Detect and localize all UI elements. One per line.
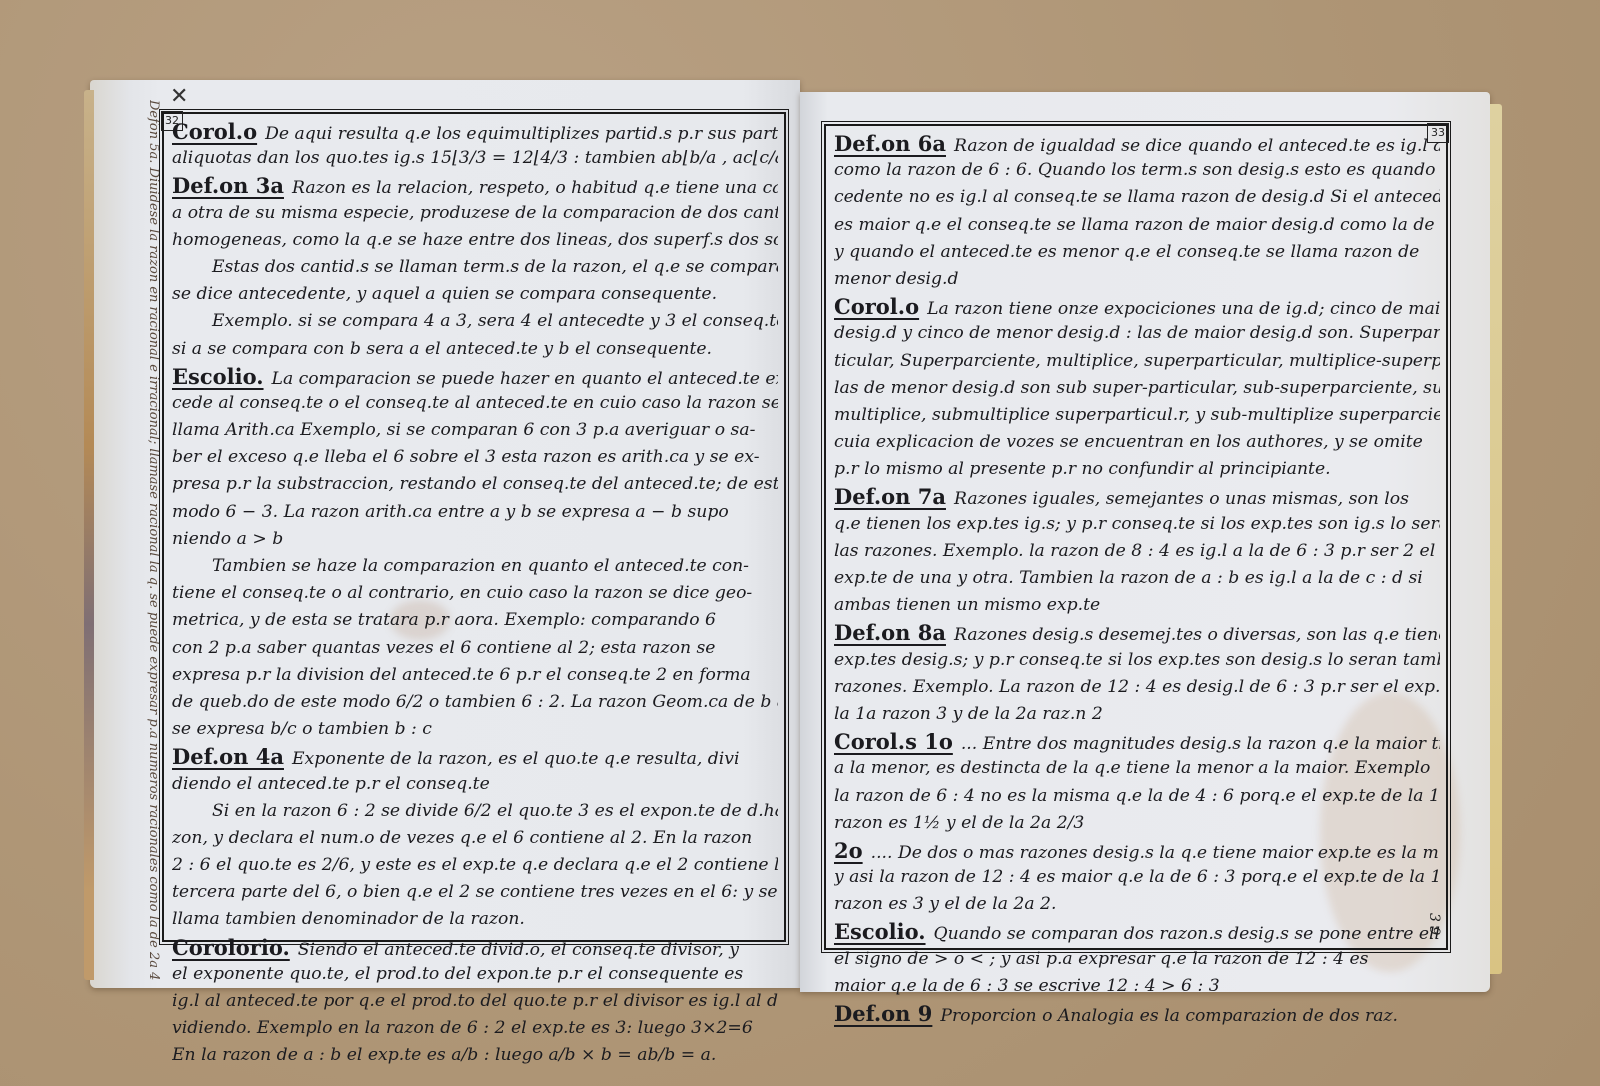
section-heading: Def.on 4a <box>172 744 284 769</box>
line-text: diendo el anteced.te p.r el conseq.te <box>172 774 490 794</box>
text-line: metrica, y de esta se tratara p.r aora. … <box>172 607 778 634</box>
line-text: Razones desig.s desemej.tes o diversas, … <box>954 625 1440 645</box>
text-line: Def.on 6aRazon de igualdad se dice quand… <box>834 130 1440 157</box>
line-text: Proporcion o Analogia es la comparazion … <box>940 1006 1398 1026</box>
text-line: q.e tienen los exp.tes ig.s; y p.r conse… <box>834 511 1440 538</box>
line-text: presa p.r la substraccion, restando el c… <box>172 474 778 494</box>
line-text: zon, y declara el num.o de vezes q.e el … <box>172 828 752 848</box>
text-line: llama Arith.ca Exemplo, si se comparan 6… <box>172 417 778 444</box>
text-line: como la razon de 6 : 6. Quando los term.… <box>834 157 1440 184</box>
line-text: Razon de igualdad se dice quando el ante… <box>954 136 1440 156</box>
text-line: expresa p.r la division del anteced.te 6… <box>172 662 778 689</box>
line-text: ticular, Superparciente, multiplice, sup… <box>834 351 1440 371</box>
line-text: Estas dos cantid.s se llaman term.s de l… <box>212 257 778 277</box>
text-line: modo 6 − 3. La razon arith.ca entre a y … <box>172 499 778 526</box>
line-text: las razones. Exemplo. la razon de 8 : 4 … <box>834 541 1435 561</box>
text-line: de queb.do de este modo 6/2 o tambien 6 … <box>172 689 778 716</box>
text-line: Corol.oLa razon tiene onze expociciones … <box>834 293 1440 320</box>
text-line: ig.l al anteced.te por q.e el prod.to de… <box>172 988 778 1015</box>
line-text: vidiendo. Exemplo en la razon de 6 : 2 e… <box>172 1018 753 1038</box>
line-text: La razon tiene onze expociciones una de … <box>927 299 1440 319</box>
left-page: ✕ Defon 5a. Diuidese la razon en raciona… <box>90 80 800 988</box>
text-line: desig.d y cinco de menor desig.d : las d… <box>834 320 1440 347</box>
line-text: razon es 1½ y el de la 2a 2/3 <box>834 813 1084 833</box>
section-heading: 2o <box>834 838 863 863</box>
line-text: Tambien se haze la comparazion en quanto… <box>212 556 749 576</box>
text-line: Def.on 8aRazones desig.s desemej.tes o d… <box>834 619 1440 646</box>
section-heading: Corolorio. <box>172 935 290 960</box>
text-line: exp.te de una y otra. Tambien la razon d… <box>834 565 1440 592</box>
section-heading: Def.on 6a <box>834 131 946 156</box>
text-line: es maior q.e el conseq.te se llama razon… <box>834 212 1440 239</box>
right-page-frame: 33 Def.on 6aRazon de igualdad se dice qu… <box>824 124 1448 950</box>
line-text: Razon es la relacion, respeto, o habitud… <box>292 178 778 198</box>
text-line: niendo a > b <box>172 526 778 553</box>
line-text: se dice antecedente, y aquel a quien se … <box>172 284 717 304</box>
line-text: modo 6 − 3. La razon arith.ca entre a y … <box>172 502 729 522</box>
section-heading: Corol.o <box>834 294 919 319</box>
line-text: ber el exceso q.e lleba el 6 sobre el 3 … <box>172 447 760 467</box>
line-text: cedente no es ig.l al conseq.te se llama… <box>834 187 1440 207</box>
line-text: metrica, y de esta se tratara p.r aora. … <box>172 610 716 630</box>
right-page-text: Def.on 6aRazon de igualdad se dice quand… <box>834 130 1440 1027</box>
line-text: q.e tienen los exp.tes ig.s; y p.r conse… <box>834 514 1440 534</box>
line-text: de queb.do de este modo 6/2 o tambien 6 … <box>172 692 778 712</box>
line-text: llama tambien denominador de la razon. <box>172 909 525 929</box>
catchword: 3 9. <box>1426 913 1442 940</box>
line-text: En la razon de a : b el exp.te es a/b : … <box>172 1045 716 1065</box>
text-line: zon, y declara el num.o de vezes q.e el … <box>172 825 778 852</box>
line-text: expresa p.r la division del anteced.te 6… <box>172 665 751 685</box>
book-edge <box>84 90 94 980</box>
text-line: p.r lo mismo al presente p.r no confundi… <box>834 456 1440 483</box>
text-line: vidiendo. Exemplo en la razon de 6 : 2 e… <box>172 1015 778 1042</box>
line-text: homogeneas, como la q.e se haze entre do… <box>172 230 778 250</box>
line-text: exp.te de una y otra. Tambien la razon d… <box>834 568 1423 588</box>
line-text: niendo a > b <box>172 529 283 549</box>
line-text: a la menor, es destincta de la q.e tiene… <box>834 758 1430 778</box>
line-text: Si en la razon 6 : 2 se divide 6/2 el qu… <box>212 801 778 821</box>
line-text: aliquotas dan los quo.tes ig.s 15⌊3/3 = … <box>172 148 778 168</box>
line-text: ambas tienen un mismo exp.te <box>834 595 1100 615</box>
text-line: las de menor desig.d son sub super-parti… <box>834 375 1440 402</box>
text-line: maior q.e la de 6 : 3 se escrive 12 : 4 … <box>834 973 1440 1000</box>
section-heading: Def.on 7a <box>834 484 946 509</box>
text-line: Def.on 3aRazon es la relacion, respeto, … <box>172 172 778 199</box>
line-text: las de menor desig.d son sub super-parti… <box>834 378 1440 398</box>
line-text: tiene el conseq.te o al contrario, en cu… <box>172 583 752 603</box>
section-heading: Escolio. <box>834 919 926 944</box>
text-line: se expresa b/c o tambien b : c <box>172 716 778 743</box>
line-text: 2 : 6 el quo.te es 2/6, y este es el exp… <box>172 855 778 875</box>
text-line: Corol.oDe aqui resulta q.e los equimulti… <box>172 118 778 145</box>
line-text: Quando se comparan dos razon.s desig.s s… <box>934 924 1440 944</box>
text-line: si a se compara con b sera a el anteced.… <box>172 336 778 363</box>
line-text: maior q.e la de 6 : 3 se escrive 12 : 4 … <box>834 976 1220 996</box>
cross-mark-icon: ✕ <box>170 84 188 109</box>
line-text: desig.d y cinco de menor desig.d : las d… <box>834 323 1440 343</box>
line-text: razones. Exemplo. La razon de 12 : 4 es … <box>834 677 1440 697</box>
text-line: Corolorio.Siendo el anteced.te divid.o, … <box>172 934 778 961</box>
text-line: ber el exceso q.e lleba el 6 sobre el 3 … <box>172 444 778 471</box>
text-line: el signo de > o < ; y asi p.a expresar q… <box>834 946 1440 973</box>
section-heading: Def.on 9 <box>834 1001 932 1026</box>
text-line: 2 : 6 el quo.te es 2/6, y este es el exp… <box>172 852 778 879</box>
line-text: Exponente de la razon, es el quo.te q.e … <box>292 749 740 769</box>
text-line: razon es 3 y el de la 2a 2. <box>834 891 1440 918</box>
text-line: En la razon de a : b el exp.te es a/b : … <box>172 1042 778 1069</box>
text-line: presa p.r la substraccion, restando el c… <box>172 471 778 498</box>
text-line: Def.on 4aExponente de la razon, es el qu… <box>172 743 778 770</box>
line-text: llama Arith.ca Exemplo, si se comparan 6… <box>172 420 755 440</box>
section-heading: Escolio. <box>172 364 264 389</box>
line-text: y asi la razon de 12 : 4 es maior q.e la… <box>834 867 1440 887</box>
text-line: y asi la razon de 12 : 4 es maior q.e la… <box>834 864 1440 891</box>
section-heading: Def.on 8a <box>834 620 946 645</box>
line-text: De aqui resulta q.e los equimultiplizes … <box>265 124 778 144</box>
text-line: cede al conseq.te o el conseq.te al ante… <box>172 390 778 417</box>
line-text: menor desig.d <box>834 269 959 289</box>
text-line: razones. Exemplo. La razon de 12 : 4 es … <box>834 674 1440 701</box>
text-line: a otra de su misma especie, produzese de… <box>172 200 778 227</box>
line-text: la razon de 6 : 4 no es la misma q.e la … <box>834 786 1440 806</box>
line-text: es maior q.e el conseq.te se llama razon… <box>834 215 1440 235</box>
line-text: como la razon de 6 : 6. Quando los term.… <box>834 160 1440 180</box>
line-text: la 1a razon 3 y de la 2a raz.n 2 <box>834 704 1103 724</box>
line-text: Exemplo. si se compara 4 a 3, sera 4 el … <box>212 311 778 331</box>
line-text: Siendo el anteced.te divid.o, el conseq.… <box>298 940 739 960</box>
line-text: con 2 p.a saber quantas vezes el 6 conti… <box>172 638 715 658</box>
fore-edge <box>1490 104 1502 974</box>
text-line: Tambien se haze la comparazion en quanto… <box>172 553 778 580</box>
text-line: Escolio.La comparacion se puede hazer en… <box>172 363 778 390</box>
text-line: y quando el anteced.te es menor q.e el c… <box>834 239 1440 266</box>
text-line: 2o.... De dos o mas razones desig.s la q… <box>834 837 1440 864</box>
section-heading: Def.on 3a <box>172 173 284 198</box>
text-line: Def.on 9Proporcion o Analogia es la comp… <box>834 1000 1440 1027</box>
text-line: con 2 p.a saber quantas vezes el 6 conti… <box>172 635 778 662</box>
text-line: las razones. Exemplo. la razon de 8 : 4 … <box>834 538 1440 565</box>
line-text: se expresa b/c o tambien b : c <box>172 719 432 739</box>
line-text: si a se compara con b sera a el anteced.… <box>172 339 712 359</box>
line-text: a otra de su misma especie, produzese de… <box>172 203 778 223</box>
line-text: exp.tes desig.s; y p.r conseq.te si los … <box>834 650 1440 670</box>
text-line: Exemplo. si se compara 4 a 3, sera 4 el … <box>172 308 778 335</box>
line-text: cede al conseq.te o el conseq.te al ante… <box>172 393 778 413</box>
text-line: llama tambien denominador de la razon. <box>172 906 778 933</box>
line-text: La comparacion se puede hazer en quanto … <box>272 369 778 389</box>
text-line: Si en la razon 6 : 2 se divide 6/2 el qu… <box>172 798 778 825</box>
text-line: tiene el conseq.te o al contrario, en cu… <box>172 580 778 607</box>
line-text: el exponente quo.te, el prod.to del expo… <box>172 964 743 984</box>
open-manuscript: ✕ Defon 5a. Diuidese la razon en raciona… <box>90 76 1510 996</box>
line-text: razon es 3 y el de la 2a 2. <box>834 894 1056 914</box>
line-text: p.r lo mismo al presente p.r no confundi… <box>834 459 1331 479</box>
right-page: 33 Def.on 6aRazon de igualdad se dice qu… <box>800 92 1490 992</box>
text-line: Def.on 7aRazones iguales, semejantes o u… <box>834 483 1440 510</box>
text-line: el exponente quo.te, el prod.to del expo… <box>172 961 778 988</box>
text-line: ambas tienen un mismo exp.te <box>834 592 1440 619</box>
line-text: ig.l al anteced.te por q.e el prod.to de… <box>172 991 778 1011</box>
text-line: multiplice, submultiplice superparticul.… <box>834 402 1440 429</box>
left-page-text: Corol.oDe aqui resulta q.e los equimulti… <box>172 118 778 1070</box>
text-line: la razon de 6 : 4 no es la misma q.e la … <box>834 783 1440 810</box>
text-line: homogeneas, como la q.e se haze entre do… <box>172 227 778 254</box>
text-line: se dice antecedente, y aquel a quien se … <box>172 281 778 308</box>
line-text: y quando el anteced.te es menor q.e el c… <box>834 242 1419 262</box>
text-line: cedente no es ig.l al conseq.te se llama… <box>834 184 1440 211</box>
line-text: multiplice, submultiplice superparticul.… <box>834 405 1440 425</box>
text-line: aliquotas dan los quo.tes ig.s 15⌊3/3 = … <box>172 145 778 172</box>
left-page-frame: 32 Corol.oDe aqui resulta q.e los equimu… <box>162 112 786 942</box>
line-text: ... Entre dos magnitudes desig.s la razo… <box>961 734 1440 754</box>
text-line: cuia explicacion de vozes se encuentran … <box>834 429 1440 456</box>
section-heading: Corol.o <box>172 119 257 144</box>
text-line: Corol.s 1o... Entre dos magnitudes desig… <box>834 728 1440 755</box>
line-text: tercera parte del 6, o bien q.e el 2 se … <box>172 882 778 902</box>
text-line: a la menor, es destincta de la q.e tiene… <box>834 755 1440 782</box>
text-line: ticular, Superparciente, multiplice, sup… <box>834 348 1440 375</box>
text-line: razon es 1½ y el de la 2a 2/3 <box>834 810 1440 837</box>
text-line: exp.tes desig.s; y p.r conseq.te si los … <box>834 647 1440 674</box>
line-text: el signo de > o < ; y asi p.a expresar q… <box>834 949 1368 969</box>
text-line: Escolio.Quando se comparan dos razon.s d… <box>834 918 1440 945</box>
margin-note: Defon 5a. Diuidese la razon en racional … <box>130 100 160 980</box>
text-line: la 1a razon 3 y de la 2a raz.n 2 <box>834 701 1440 728</box>
text-line: tercera parte del 6, o bien q.e el 2 se … <box>172 879 778 906</box>
section-heading: Corol.s 1o <box>834 729 953 754</box>
text-line: diendo el anteced.te p.r el conseq.te <box>172 771 778 798</box>
line-text: Razones iguales, semejantes o unas misma… <box>954 489 1409 509</box>
line-text: cuia explicacion de vozes se encuentran … <box>834 432 1423 452</box>
line-text: .... De dos o mas razones desig.s la q.e… <box>871 843 1440 863</box>
text-line: menor desig.d <box>834 266 1440 293</box>
text-line: Estas dos cantid.s se llaman term.s de l… <box>172 254 778 281</box>
